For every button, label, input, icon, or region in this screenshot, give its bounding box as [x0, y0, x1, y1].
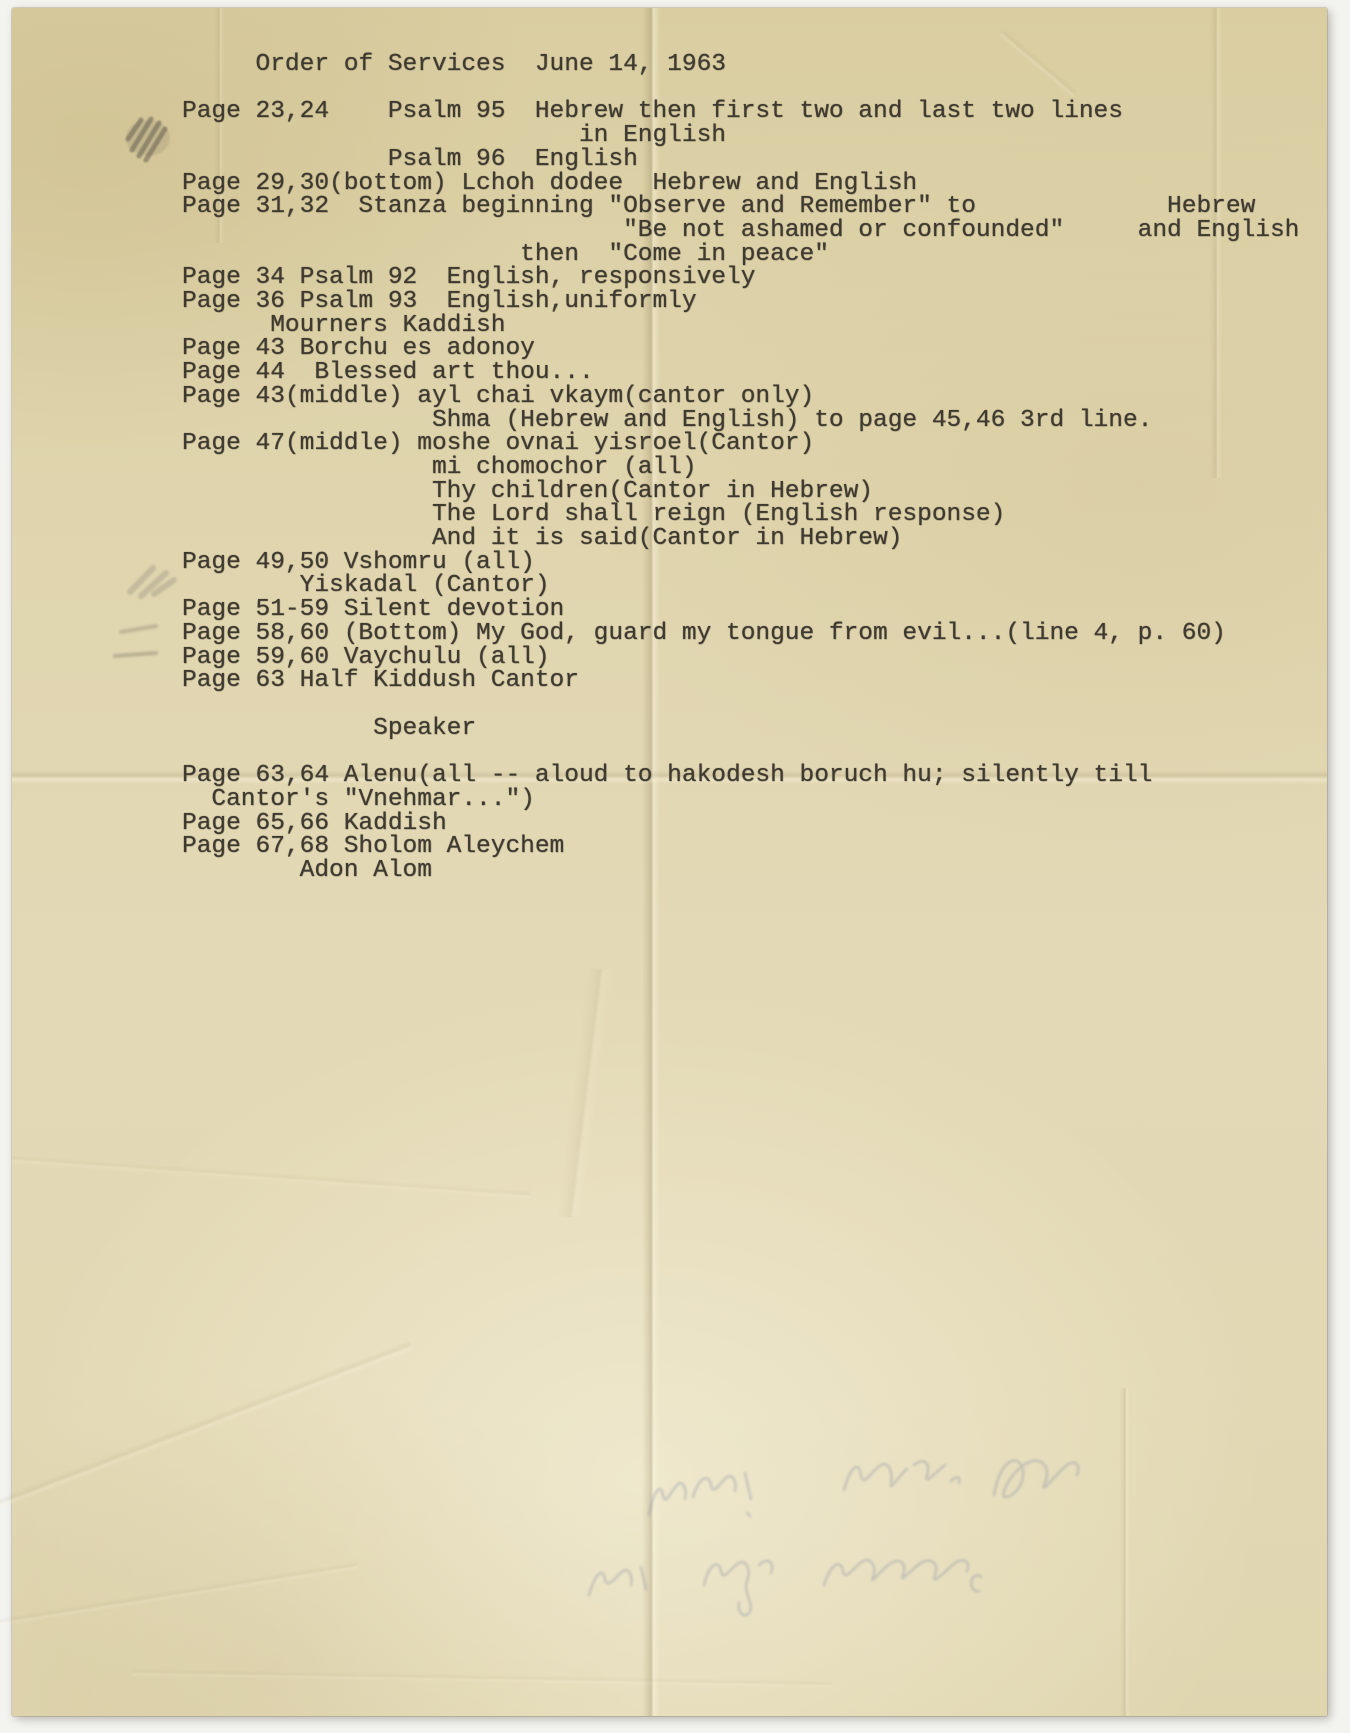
pencil-smudge [122, 556, 182, 600]
diagonal-crease-bottom-left-2 [0, 1561, 358, 1630]
wrinkle-center [557, 967, 613, 1218]
pencil-dash-2 [112, 648, 162, 662]
vertical-crease-bottom-right [1120, 1388, 1130, 1716]
mirrored-handwriting-ghost [557, 1433, 1137, 1633]
typed-text: Order of Services June 14, 1963 Page 23,… [182, 53, 1299, 883]
horizontal-crease-lower [12, 1154, 531, 1200]
bottom-edge-crease [132, 1668, 832, 1689]
scan-background: Order of Services June 14, 1963 Page 23,… [0, 0, 1350, 1733]
pencil-scribble [118, 108, 180, 166]
document-page: Order of Services June 14, 1963 Page 23,… [12, 8, 1327, 1716]
pencil-dash-1 [118, 622, 162, 636]
diagonal-crease-bottom-left [0, 1340, 413, 1520]
